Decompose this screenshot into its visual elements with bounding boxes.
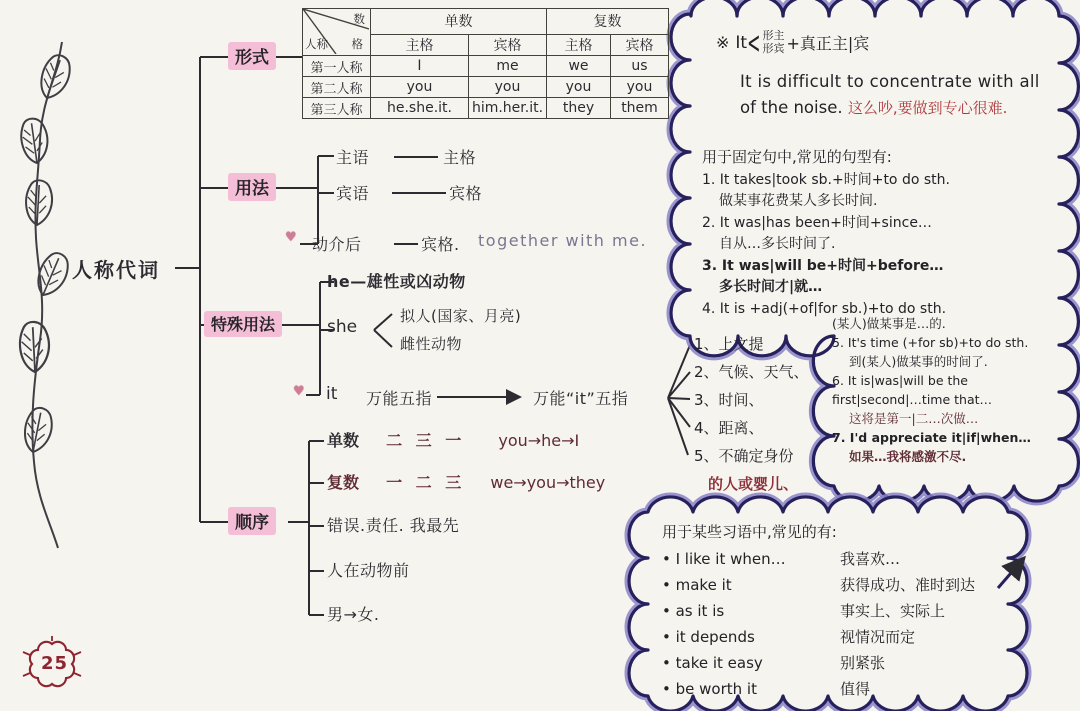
it-referent: 5、不确定身份 xyxy=(694,442,809,470)
branch-order: 顺序 xyxy=(228,507,276,535)
corner-person-label: 人称 xyxy=(305,36,328,52)
cell: him.her.it. xyxy=(469,98,547,119)
root-topic: 人称代词 xyxy=(72,254,160,283)
formal-it-example-line1: It is difficult to concentrate with all xyxy=(740,72,1040,91)
order-label: 单数 xyxy=(327,431,359,450)
special-she-option2: 雌性动物 xyxy=(400,333,462,354)
patterns-block: 用于固定句中,常见的句型有: 1. It takes|took sb.+时间+t… xyxy=(702,147,1054,320)
header-nominative-sg: 主格 xyxy=(371,34,469,55)
it-referent: 1、上文提 xyxy=(694,330,809,358)
idiom-cn: 视情况而定 xyxy=(840,624,915,650)
idioms-block: 用于某些习语中,常见的有: • I like it when… 我喜欢… • m… xyxy=(662,519,1002,702)
pattern-cn: 做某事花费某人多长时间. xyxy=(702,191,1054,213)
cell: I xyxy=(371,56,469,77)
order-row-plural: 复数 一 二 三 we→you→they xyxy=(327,470,605,493)
it-referent: 3、时间、 xyxy=(694,386,809,414)
order-row-male-female: 男→女. xyxy=(327,602,380,625)
special-she: she xyxy=(327,317,357,337)
pattern-cn: (某人)做某事是…的. xyxy=(832,314,1058,333)
idiom-row: • make it 获得成功、准时到达 xyxy=(662,572,1002,598)
usage-after-verb-prep: 动介后 xyxy=(312,232,362,255)
idiom-row: • take it easy 别紧张 xyxy=(662,650,1002,676)
row-label-second-person: 第二人称 xyxy=(303,77,371,98)
pattern-cn: 这将是第一|二…次做… xyxy=(832,409,1058,428)
formal-it-example-line2: of the noise. 这么吵,要做到专心很难. xyxy=(740,97,1007,118)
usage-subject: 主语 xyxy=(336,145,369,168)
it-referent: 2、气候、天气、 xyxy=(694,358,809,386)
idiom-row: • be worth it 值得 xyxy=(662,676,1002,702)
formal-it-heading: ※ It < 形主 形宾 +真正主|宾 xyxy=(716,30,869,55)
pattern-en: 2. It was|has been+时间+since… xyxy=(702,213,1054,235)
cell: you xyxy=(371,77,469,98)
header-accusative-pl: 宾格 xyxy=(611,34,669,55)
order-sequence: 一 二 三 xyxy=(386,473,465,492)
it-referent-tail: 的人或婴儿、 xyxy=(694,470,809,498)
row-label-third-person: 第三人称 xyxy=(303,98,371,119)
order-example: we→you→they xyxy=(490,473,605,492)
page-number: 25 xyxy=(41,653,68,674)
cell: us xyxy=(611,56,669,77)
patterns-block-continued: (某人)做某事是…的. 5. It's time (+for sb)+to do… xyxy=(832,314,1058,466)
leaf-vine-decoration xyxy=(20,42,76,548)
idiom-cn: 值得 xyxy=(840,676,870,702)
pattern-en: 5. It's time (+for sb)+to do sth. xyxy=(832,333,1058,352)
pattern-cn: 多长时间才|就… xyxy=(702,277,1054,299)
idioms-title: 用于某些习语中,常见的有: xyxy=(662,519,1002,545)
cell: you xyxy=(611,77,669,98)
group-plural: 复数 xyxy=(547,9,669,35)
branch-usage: 用法 xyxy=(228,173,276,201)
idiom-en: • as it is xyxy=(662,598,840,624)
row-label-first-person: 第一人称 xyxy=(303,56,371,77)
heart-icon: ♥ xyxy=(293,384,305,399)
usage-example: together with me. xyxy=(478,231,647,250)
pattern-cn: 到(某人)做某事的时间了. xyxy=(832,352,1058,371)
special-she-option1: 拟人(国家、月亮) xyxy=(400,305,521,326)
special-it-tag: 万能五指 xyxy=(366,386,432,409)
cell: them xyxy=(611,98,669,119)
idiom-row: • it depends 视情况而定 xyxy=(662,624,1002,650)
patterns-title: 用于固定句中,常见的句型有: xyxy=(702,147,1054,169)
it-referent: 4、距离、 xyxy=(694,414,809,442)
usage-object-case: 宾格 xyxy=(449,181,482,204)
pattern-en: 3. It was|will be+时间+before… xyxy=(702,256,1054,278)
pattern-en: 7. I'd appreciate it|if|when… xyxy=(832,428,1058,447)
header-nominative-pl: 主格 xyxy=(547,34,611,55)
idiom-cn: 事实上、实际上 xyxy=(840,598,945,624)
idiom-row: • as it is 事实上、实际上 xyxy=(662,598,1002,624)
idiom-cn: 别紧张 xyxy=(840,650,885,676)
usage-after-verb-prep-case: 宾格. xyxy=(421,232,460,255)
brace-icon: < xyxy=(747,25,760,61)
formal-it-prefix: It xyxy=(735,33,747,53)
pronoun-table: 数 格 人称 单数 复数 主格 宾格 主格 宾格 第一人称 I me we us… xyxy=(302,8,669,119)
order-row-blame: 错误.责任. 我最先 xyxy=(327,513,459,536)
idiom-en: • take it easy xyxy=(662,650,840,676)
table-row: 第一人称 I me we us xyxy=(303,56,669,77)
usage-object: 宾语 xyxy=(336,181,369,204)
branch-special-usage: 特殊用法 xyxy=(204,311,282,337)
order-label: 复数 xyxy=(327,473,359,492)
order-row-people-first: 人在动物前 xyxy=(327,558,410,581)
table-row: 第二人称 you you you you xyxy=(303,77,669,98)
group-singular: 单数 xyxy=(371,9,547,35)
branch-form: 形式 xyxy=(228,42,276,70)
cell: we xyxy=(547,56,611,77)
cell: he.she.it. xyxy=(371,98,469,119)
header-accusative-sg: 宾格 xyxy=(469,34,547,55)
formal-object-label: 形宾 xyxy=(763,43,785,56)
pattern-cn: 自从…多长时间了. xyxy=(702,234,1054,256)
cell: me xyxy=(469,56,547,77)
mindmap-page: 25 人称代词 形式 用法 特殊用法 顺序 数 格 人称 单数 复数 主格 宾格… xyxy=(0,0,1080,711)
idiom-cn: 我喜欢… xyxy=(840,546,900,572)
real-subject-object-label: +真正主|宾 xyxy=(787,31,870,54)
idiom-row: • I like it when… 我喜欢… xyxy=(662,546,1002,572)
special-it-arrow-target: 万能“it”五指 xyxy=(533,386,628,409)
formal-stack: 形主 形宾 xyxy=(763,30,785,55)
idiom-cn: 获得成功、准时到达 xyxy=(840,572,975,598)
example-translation: 这么吵,要做到专心很难. xyxy=(848,99,1008,117)
idiom-en: • I like it when… xyxy=(662,546,840,572)
heart-icon: ♥ xyxy=(285,230,297,245)
pattern-cn: 如果…我将感激不尽. xyxy=(832,447,1058,466)
table-corner-cell: 数 格 人称 xyxy=(303,9,371,56)
order-example: you→he→I xyxy=(498,431,579,450)
cell: you xyxy=(547,77,611,98)
special-it: it xyxy=(326,384,337,404)
cell: you xyxy=(469,77,547,98)
idiom-en: • be worth it xyxy=(662,676,840,702)
it-referents-list: 1、上文提 2、气候、天气、 3、时间、 4、距离、 5、不确定身份 的人或婴儿… xyxy=(694,330,809,498)
order-sequence: 二 三 一 xyxy=(386,431,465,450)
table-row: 第三人称 he.she.it. him.her.it. they them xyxy=(303,98,669,119)
corner-number-label: 数 xyxy=(354,11,366,27)
reference-mark-icon: ※ xyxy=(716,33,729,52)
example-english: of the noise. xyxy=(740,98,843,117)
idiom-en: • it depends xyxy=(662,624,840,650)
pattern-en: 6. It is|was|will be the first|second|…t… xyxy=(832,371,1058,409)
usage-subject-case: 主格 xyxy=(443,145,476,168)
special-he: he—雄性或凶动物 xyxy=(327,269,466,292)
corner-case-label: 格 xyxy=(352,36,364,52)
formal-subject-label: 形主 xyxy=(763,30,785,43)
cell: they xyxy=(547,98,611,119)
pattern-en: 1. It takes|took sb.+时间+to do sth. xyxy=(702,170,1054,192)
idiom-en: • make it xyxy=(662,572,840,598)
order-row-singular: 单数 二 三 一 you→he→I xyxy=(327,428,579,451)
